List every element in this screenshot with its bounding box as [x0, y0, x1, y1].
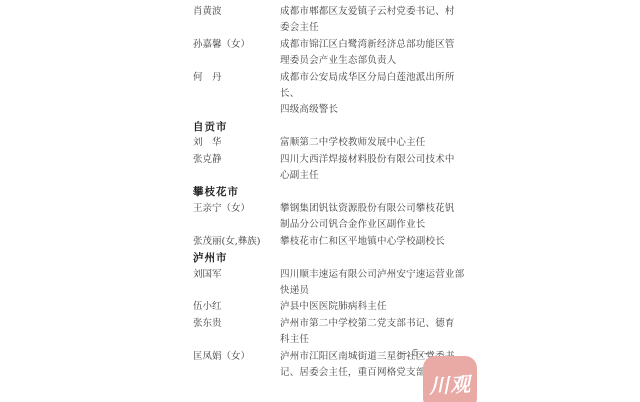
entry-description: 泸州市第二中学校第二党支部书记、德育 科主任 [280, 316, 470, 349]
award-name-list: 肖黄波成都市郫都区友爱镇子云村党委书记、村 委会主任孙嘉馨（女）成都市锦江区白鹭… [193, 4, 453, 381]
entry-row: 王亲宁（女）攀钢集团钒钛资源股份有限公司攀枝花钒 制品分公司钒合金作业区副作业长 [193, 201, 453, 234]
entry-row: 伍小红泸县中医医院肺病科主任 [193, 299, 453, 315]
entry-description: 富顺第二中学校教师发展中心主任 [280, 135, 470, 151]
entry-description: 四川顺丰速运有限公司泸州安宁速运营业部 快递员 [280, 267, 470, 300]
section-header-city: 自贡市 [193, 119, 453, 135]
entry-row: 张东贵泸州市第二中学校第二党支部书记、德育 科主任 [193, 316, 453, 349]
entry-name: 肖黄波 [193, 4, 280, 20]
entry-row: 肖黄波成都市郫都区友爱镇子云村党委书记、村 委会主任 [193, 4, 453, 37]
chuanguan-logo-text: 川观 [428, 367, 471, 398]
entry-description: 攀钢集团钒钛资源股份有限公司攀枝花钒 制品分公司钒合金作业区副作业长 [280, 201, 470, 234]
entry-name: 匡凤娟（女） [193, 349, 280, 365]
section-header-city: 攀枝花市 [193, 184, 453, 200]
document-page: 肖黄波成都市郫都区友爱镇子云村党委书记、村 委会主任孙嘉馨（女）成都市锦江区白鹭… [0, 0, 640, 402]
entry-name: 刘国军 [193, 267, 280, 283]
entry-description: 成都市锦江区白鹭湾新经济总部功能区管 理委员会产业生态部负责人 [280, 37, 470, 70]
entry-name: 伍小红 [193, 299, 280, 315]
entry-row: 孙嘉馨（女）成都市锦江区白鹭湾新经济总部功能区管 理委员会产业生态部负责人 [193, 37, 453, 70]
entry-name: 孙嘉馨（女） [193, 37, 280, 53]
entry-name: 张东贵 [193, 316, 280, 332]
entry-description: 四川大西洋焊接材料股份有限公司技术中 心副主任 [280, 152, 470, 185]
entry-description: 泸县中医医院肺病科主任 [280, 299, 470, 315]
entry-description: 成都市郫都区友爱镇子云村党委书记、村 委会主任 [280, 4, 470, 37]
entry-row: 张克静四川大西洋焊接材料股份有限公司技术中 心副主任 [193, 152, 453, 185]
entry-name: 刘 华 [193, 135, 280, 151]
entry-row: 何 丹成都市公安局成华区分局白莲池派出所所长、 四级高级警长 [193, 70, 453, 119]
entry-description: 成都市公安局成华区分局白莲池派出所所长、 四级高级警长 [280, 70, 470, 119]
section-header-city: 泸州市 [193, 250, 453, 266]
entry-name: 王亲宁（女） [193, 201, 280, 217]
chuanguan-watermark-logo: 川观 [423, 356, 477, 402]
entry-name: 张茂丽(女,彝族) [193, 234, 280, 250]
entry-row: 刘 华富顺第二中学校教师发展中心主任 [193, 135, 453, 151]
entry-description: 攀枝花市仁和区平地镇中心学校副校长 [280, 234, 470, 250]
entry-name: 张克静 [193, 152, 280, 168]
entry-row: 刘国军四川顺丰速运有限公司泸州安宁速运营业部 快递员 [193, 267, 453, 300]
entry-name: 何 丹 [193, 70, 280, 86]
entry-row: 张茂丽(女,彝族)攀枝花市仁和区平地镇中心学校副校长 [193, 234, 453, 250]
